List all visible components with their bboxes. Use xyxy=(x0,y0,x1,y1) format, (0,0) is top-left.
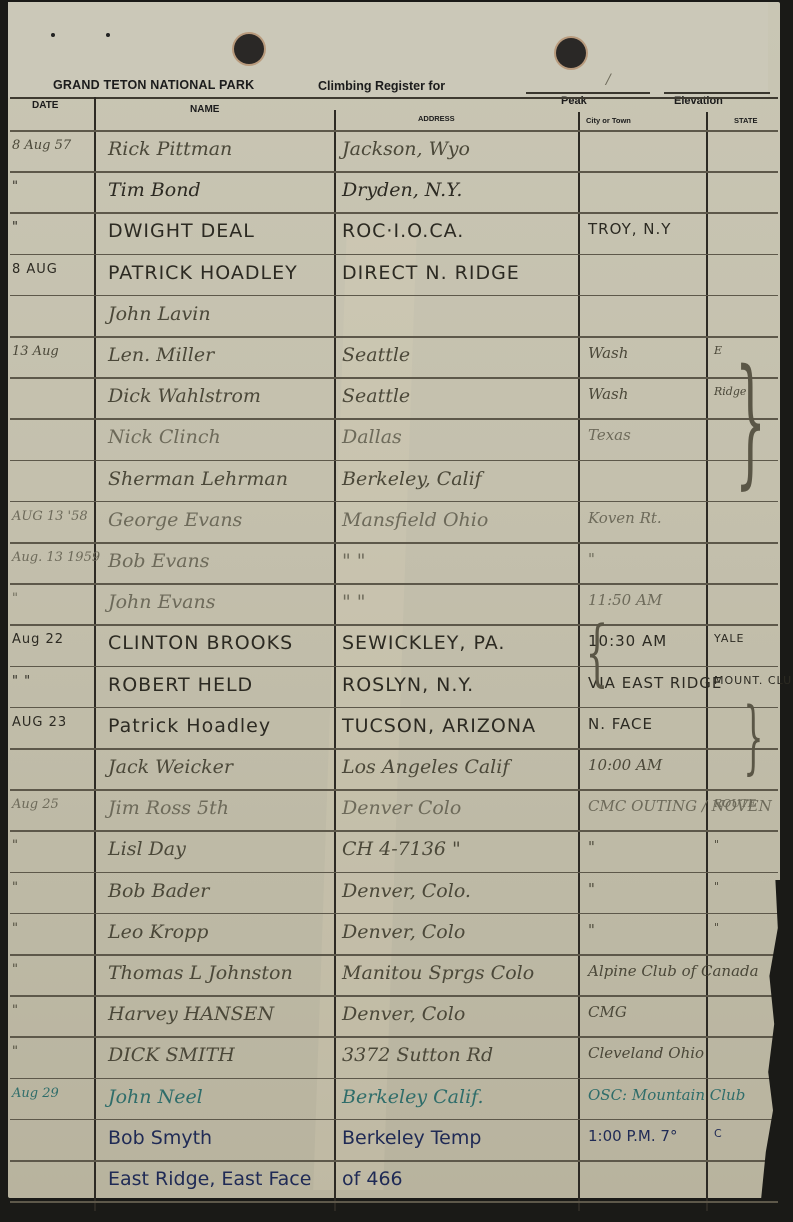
entry-address: Berkeley Calif. xyxy=(342,1086,484,1108)
col-header-city: City or Town xyxy=(586,116,631,125)
entry-state: MOUNT. CLUB xyxy=(714,674,793,687)
entry-address: Manitou Sprgs Colo xyxy=(342,962,534,984)
entry-name: Sherman Lehrman xyxy=(108,468,288,490)
entry-address: Berkeley Temp xyxy=(342,1127,481,1149)
entry-name: Bob Smyth xyxy=(108,1127,212,1149)
row-rule xyxy=(10,501,778,503)
entry-address: Seattle xyxy=(342,344,410,366)
entry-name: Tim Bond xyxy=(108,179,201,201)
entry-date: " xyxy=(12,962,92,977)
col-header-name: NAME xyxy=(190,104,219,115)
entry-state: YALE xyxy=(714,632,744,645)
entry-name: DWIGHT DEAL xyxy=(108,220,255,242)
entry-name: Jack Weicker xyxy=(108,756,233,778)
entry-address: Denver, Colo. xyxy=(342,880,471,902)
park-name: GRAND TETON NATIONAL PARK xyxy=(53,78,254,92)
entry-city: Texas xyxy=(588,426,631,444)
peak-line xyxy=(526,92,650,94)
row-rule xyxy=(10,995,778,997)
header-top-rule xyxy=(10,97,778,99)
binder-hole xyxy=(556,38,586,68)
entry-city: Wash xyxy=(588,385,628,403)
entry-city: N. FACE xyxy=(588,715,653,733)
entry-name: Jim Ross 5th xyxy=(108,797,229,819)
entry-name: Bob Bader xyxy=(108,880,209,902)
entry-state: " xyxy=(714,880,719,893)
entry-state: ROUTE xyxy=(714,797,756,810)
entry-date: AUG 23 xyxy=(12,715,92,730)
entry-name: DICK SMITH xyxy=(108,1044,235,1066)
entry-city: 1:00 P.M. 7° xyxy=(588,1127,677,1145)
binder-hole xyxy=(234,34,264,64)
entry-address: " " xyxy=(342,591,366,613)
entry-address: CH 4-7136 " xyxy=(342,838,461,860)
row-rule xyxy=(10,624,778,626)
row-rule xyxy=(10,1119,778,1121)
entry-name: PATRICK HOADLEY xyxy=(108,262,298,284)
entry-address: Seattle xyxy=(342,385,410,407)
row-rule xyxy=(10,542,778,544)
entry-name: Harvey HANSEN xyxy=(108,1003,274,1025)
entry-name: Thomas L Johnston xyxy=(108,962,293,984)
entry-name: Leo Kropp xyxy=(108,921,208,943)
entry-name: Rick Pittman xyxy=(108,138,232,160)
col-header-date: DATE xyxy=(32,100,58,111)
row-rule xyxy=(10,1078,778,1080)
entry-city: Alpine Club of Canada xyxy=(588,962,759,980)
entry-date: " " xyxy=(12,674,92,689)
row-rule xyxy=(10,872,778,874)
row-rule xyxy=(10,830,778,832)
entry-date: " xyxy=(12,220,92,235)
col-header-state: STATE xyxy=(734,116,757,125)
brace: { xyxy=(585,610,608,694)
entry-date: " xyxy=(12,591,92,606)
entry-city: " xyxy=(588,838,595,856)
row-rule xyxy=(10,418,778,420)
entry-city: " xyxy=(588,550,595,568)
entry-name: Patrick Hoadley xyxy=(108,715,271,737)
entry-date: " xyxy=(12,1003,92,1018)
entry-address: Denver, Colo xyxy=(342,1003,465,1025)
entry-date: " xyxy=(12,921,92,936)
column-divider xyxy=(94,97,96,1211)
entry-date: 8 Aug 57 xyxy=(12,138,92,153)
row-rule xyxy=(10,295,778,297)
entry-city: Cleveland Ohio xyxy=(588,1044,704,1062)
row-rule xyxy=(10,748,778,750)
entry-state: C xyxy=(714,1127,722,1140)
entry-name: Lisl Day xyxy=(108,838,186,860)
entry-address: Mansfield Ohio xyxy=(342,509,488,531)
row-rule xyxy=(10,1160,778,1162)
elevation-line xyxy=(664,92,770,94)
column-divider xyxy=(334,110,336,1211)
entry-address: Berkeley, Calif xyxy=(342,468,482,490)
entry-address: ROC·I.O.CA. xyxy=(342,220,464,242)
entry-name: CLINTON BROOKS xyxy=(108,632,293,654)
entry-date: " xyxy=(12,179,92,194)
entry-city: CMG xyxy=(588,1003,627,1021)
entry-date: Aug 29 xyxy=(12,1086,92,1101)
entry-city: Wash xyxy=(588,344,628,362)
entry-city: " xyxy=(588,880,595,898)
register-title: Climbing Register for xyxy=(318,79,445,93)
entry-name: East Ridge, East Face xyxy=(108,1168,311,1190)
row-rule xyxy=(10,254,778,256)
entry-address: SEWICKLEY, PA. xyxy=(342,632,505,654)
entry-address: " " xyxy=(342,550,366,572)
row-rule xyxy=(10,583,778,585)
entry-city: 10:00 AM xyxy=(588,756,662,774)
entry-city: " xyxy=(588,921,595,939)
entry-city: OSC: Mountain Club xyxy=(588,1086,745,1104)
row-rule xyxy=(10,913,778,915)
brace: } xyxy=(743,690,763,783)
entry-name: ROBERT HELD xyxy=(108,674,253,696)
entry-address: of 466 xyxy=(342,1168,403,1190)
entry-address: Denver, Colo xyxy=(342,921,465,943)
row-rule xyxy=(10,171,778,173)
row-rule xyxy=(10,130,778,132)
entry-date: Aug. 13 1959 xyxy=(12,550,92,565)
entry-name: Len. Miller xyxy=(108,344,214,366)
entry-name: John Evans xyxy=(108,591,216,613)
row-rule xyxy=(10,212,778,214)
column-divider xyxy=(578,112,580,1211)
entry-date: " xyxy=(12,838,92,853)
row-rule xyxy=(10,954,778,956)
entry-date: " xyxy=(12,880,92,895)
entry-address: Dryden, N.Y. xyxy=(342,179,462,201)
col-header-address: ADDRESS xyxy=(418,114,455,123)
entry-address: Los Angeles Calif xyxy=(342,756,509,778)
brace: } xyxy=(735,340,766,503)
entry-name: George Evans xyxy=(108,509,242,531)
punch-dot xyxy=(106,33,110,37)
entry-address: DIRECT N. RIDGE xyxy=(342,262,520,284)
row-rule xyxy=(10,460,778,462)
entry-address: TUCSON, ARIZONA xyxy=(342,715,536,737)
entry-date: Aug 22 xyxy=(12,632,92,647)
row-rule xyxy=(10,707,778,709)
entry-name: John Lavin xyxy=(108,303,211,325)
row-rule xyxy=(10,1201,778,1203)
row-rule xyxy=(10,377,778,379)
entry-address: 3372 Sutton Rd xyxy=(342,1044,493,1066)
entry-date: " xyxy=(12,1044,92,1059)
row-rule xyxy=(10,336,778,338)
entry-city: 11:50 AM xyxy=(588,591,662,609)
row-rule xyxy=(10,1036,778,1038)
entry-address: ROSLYN, N.Y. xyxy=(342,674,474,696)
entry-name: Bob Evans xyxy=(108,550,210,572)
entry-state: " xyxy=(714,921,719,934)
entry-city: TROY, N.Y xyxy=(588,220,671,238)
column-divider xyxy=(706,112,708,1211)
entry-name: Nick Clinch xyxy=(108,426,221,448)
entry-name: Dick Wahlstrom xyxy=(108,385,261,407)
entry-state: " xyxy=(714,838,719,851)
entry-name: John Neel xyxy=(108,1086,203,1108)
entry-date: AUG 13 '58 xyxy=(12,509,92,524)
entry-date: 13 Aug xyxy=(12,344,92,359)
entry-city: Koven Rt. xyxy=(588,509,662,527)
entry-address: Denver Colo xyxy=(342,797,461,819)
peak-value: / xyxy=(606,72,611,88)
row-rule xyxy=(10,666,778,668)
entry-state: E xyxy=(714,344,722,357)
entry-date: 8 AUG xyxy=(12,262,92,277)
entry-date: Aug 25 xyxy=(12,797,92,812)
entry-address: Jackson, Wyo xyxy=(342,138,470,160)
row-rule xyxy=(10,789,778,791)
entry-address: Dallas xyxy=(342,426,402,448)
punch-dot xyxy=(51,33,55,37)
